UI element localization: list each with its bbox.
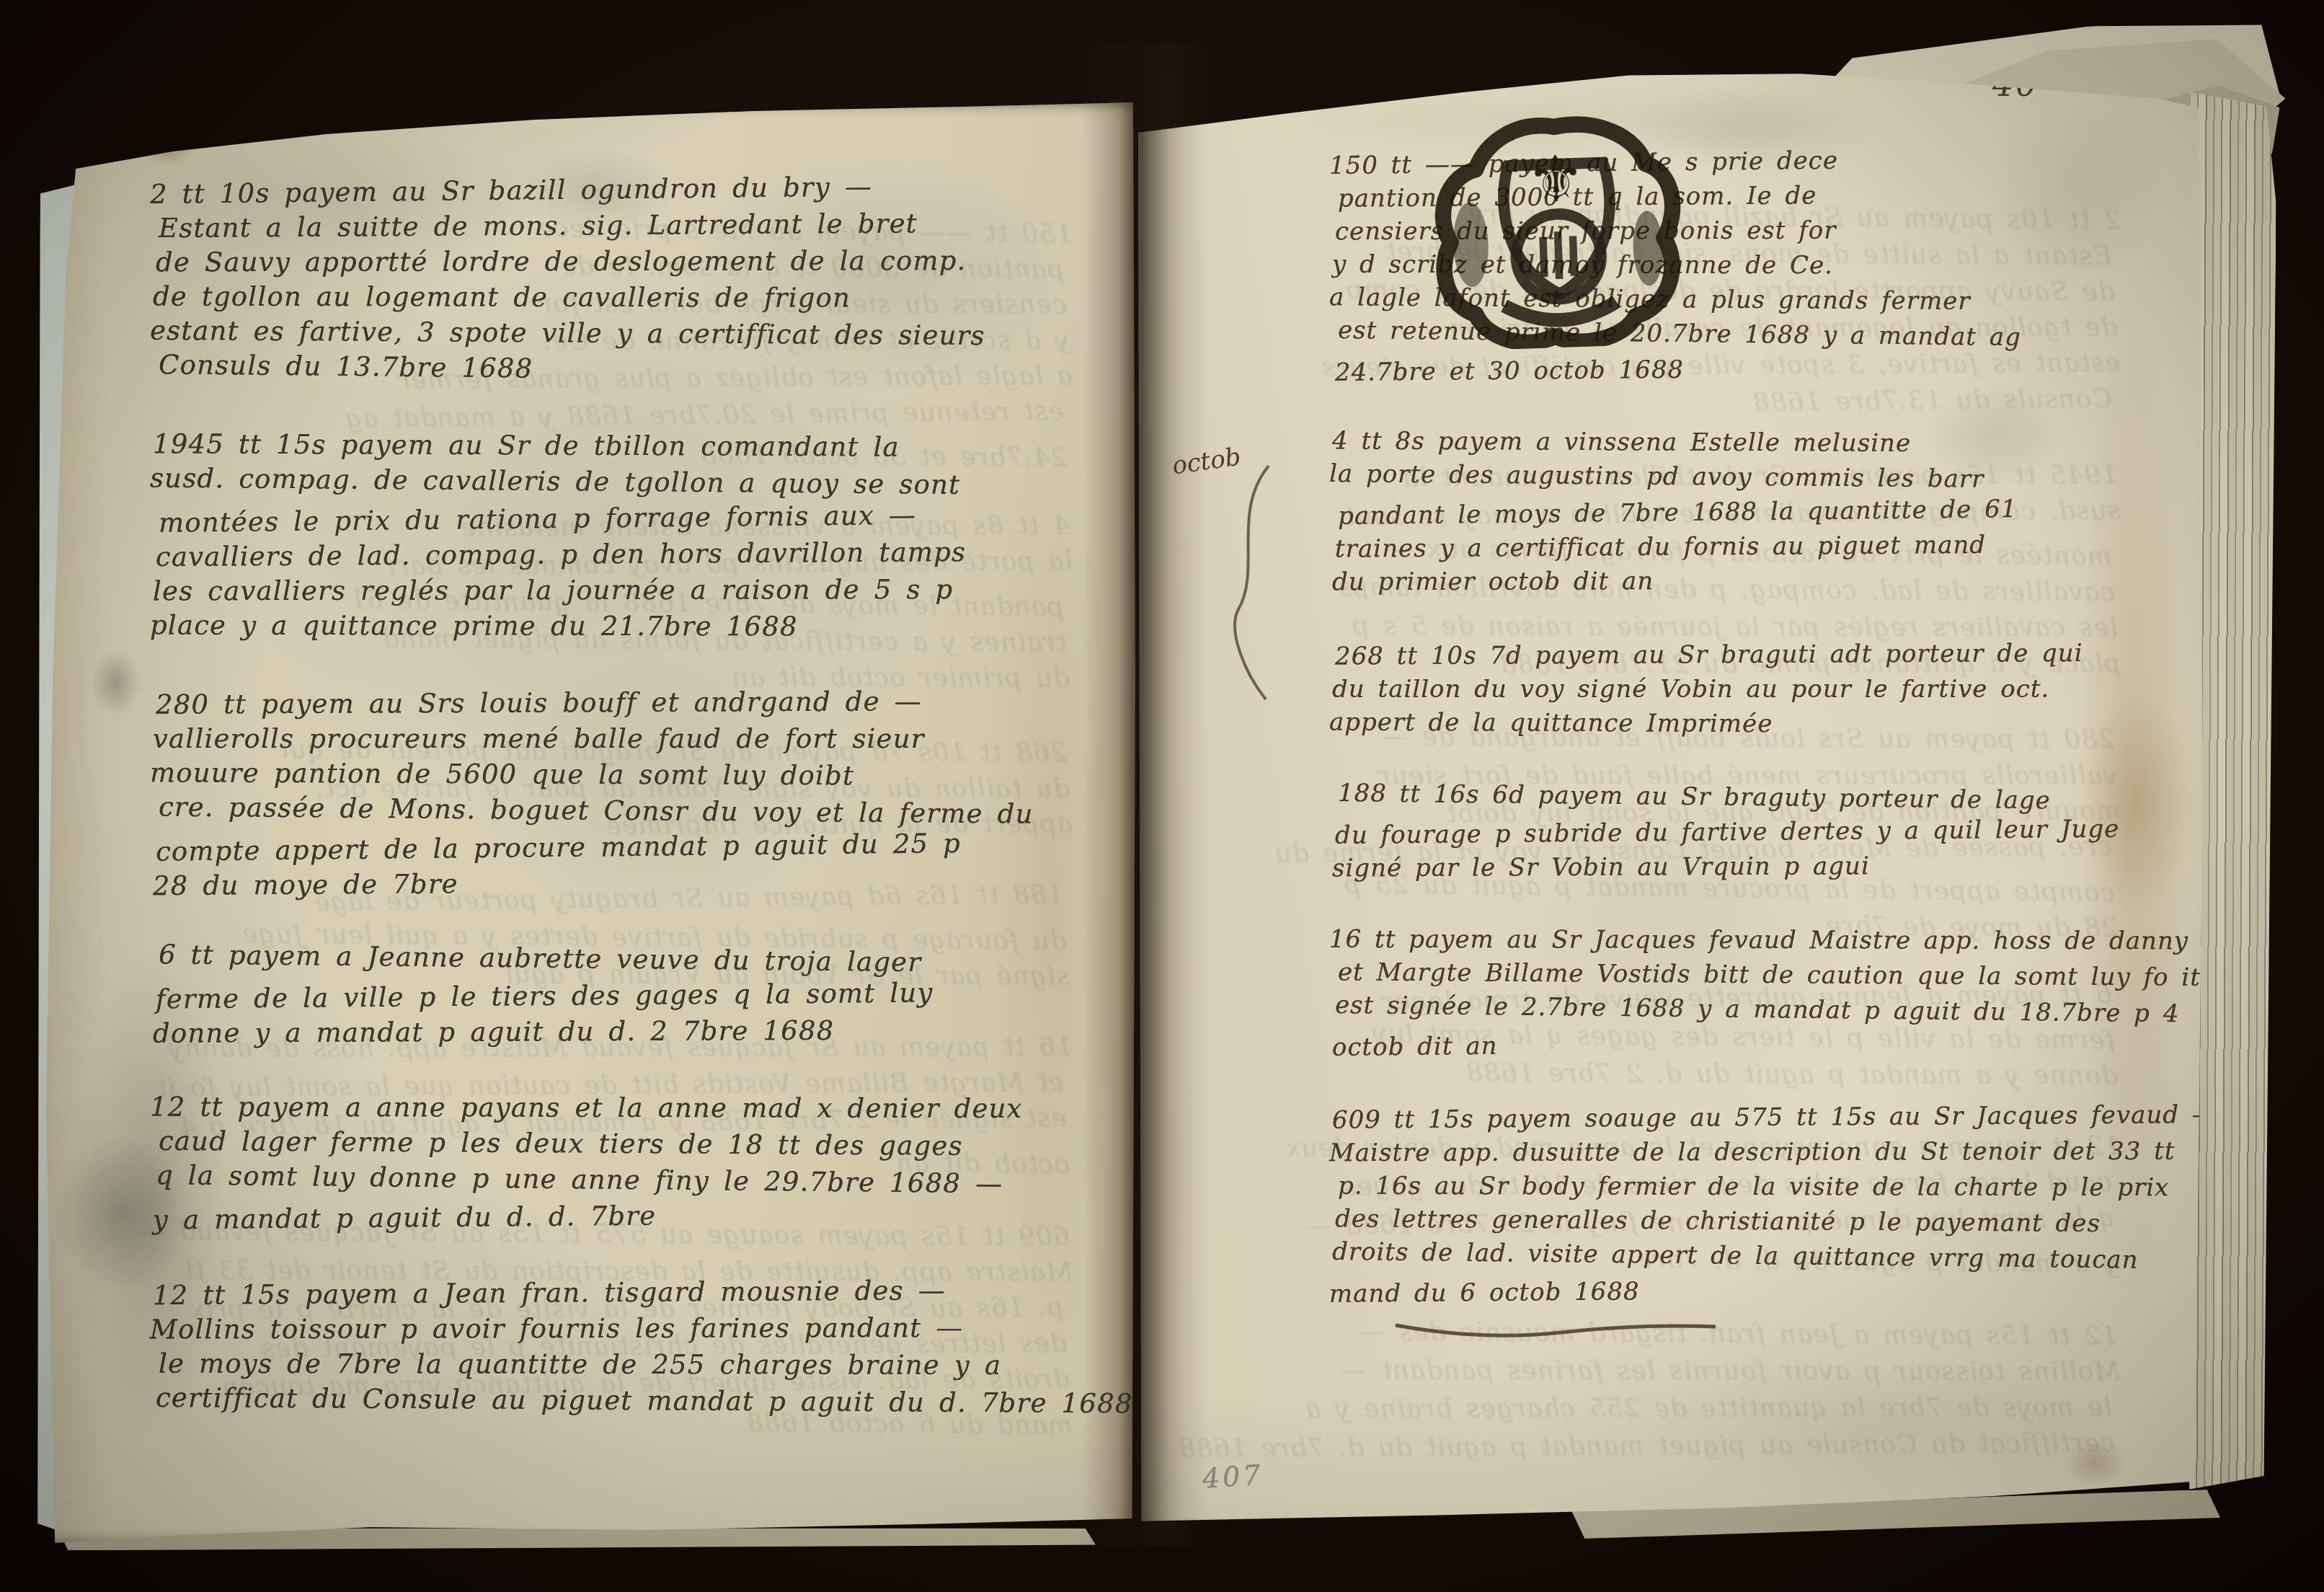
handwritten-line: certifficat du Consule au piguet mandat … bbox=[1195, 1425, 2115, 1468]
ledger-entry: 2 tt 10s payem au Sr bazill ogundron du … bbox=[150, 172, 1103, 388]
handwritten-line: vallierolls procureurs mené balle faud d… bbox=[153, 721, 1106, 757]
handwritten-line: le moys de 7bre la quantitte de 255 char… bbox=[159, 1346, 1112, 1384]
handwritten-line: Mollins toissour p avoir fournis les far… bbox=[1201, 1352, 2121, 1392]
handwritten-line: de tgollon au logemant de cavalleris de … bbox=[153, 279, 1106, 317]
handwritten-line: 16 tt payem au Sr Jacques fevaud Maistre… bbox=[1329, 922, 2170, 958]
left-page-text: 2 tt 10s payem au Sr bazill ogundron du … bbox=[150, 172, 1103, 1459]
stamp-monogram bbox=[1543, 231, 1574, 279]
handwritten-line: p. 16s au Sr body fermier de la visite d… bbox=[1338, 1169, 2178, 1205]
handwritten-line: donne y a mandat p aguit du d. 2 7bre 16… bbox=[153, 1012, 1106, 1052]
handwritten-line: 28 du moye de 7bre bbox=[153, 862, 1106, 904]
handwritten-line: du fourage p subride du fartive dertes y… bbox=[1335, 811, 2176, 853]
manuscript-photo: 150 tt —— payem au Me s prie decepantion… bbox=[0, 0, 2324, 1592]
ledger-entry: 609 tt 15s payem soauge au 575 tt 15s au… bbox=[1329, 1100, 2170, 1308]
handwritten-line: traines y a certifficat du fornis au pig… bbox=[1335, 526, 2176, 566]
handwritten-line: y a mandat p aguit du d. d. 7bre bbox=[153, 1194, 1106, 1238]
handwritten-line: signé par le Sr Vobin au Vrquin p agui bbox=[1332, 848, 2173, 886]
handwritten-line: certifficat du Consule au piguet mandat … bbox=[156, 1380, 1109, 1422]
handwritten-line: 24.7bre et 30 octob 1688 bbox=[1335, 348, 2176, 390]
folio-number: 40 bbox=[1992, 65, 2039, 104]
handwritten-line: les cavalliers reglés par la journée a r… bbox=[153, 572, 1106, 610]
handwritten-line: 268 tt 10s 7d payem au Sr braguti adt po… bbox=[1335, 636, 2176, 674]
pencil-foliation: 407 bbox=[1202, 1459, 1264, 1495]
handwritten-line: mouure pantion de 5600 que la somt luy d… bbox=[150, 755, 1103, 795]
ledger-entry: 280 tt payem au Srs louis bouff et andrg… bbox=[150, 685, 1103, 901]
ledger-entry: 6 tt payem a Jeanne aubrette veuve du tr… bbox=[150, 942, 1103, 1050]
ledger-entry: 12 tt 15s payem a Jean fran. tisgard mou… bbox=[150, 1275, 1103, 1419]
handwritten-line: de Sauvy apportté lordre de deslogement … bbox=[156, 243, 1109, 281]
handwritten-line: du taillon du voy signé Vobin au pour le… bbox=[1332, 672, 2173, 707]
handwritten-line: Maistre app. dusuitte de la description … bbox=[1329, 1134, 2170, 1170]
handwritten-line: 609 tt 15s payem soauge au 575 tt 15s au… bbox=[1332, 1097, 2173, 1137]
ledger-entry: 188 tt 16s 6d payem au Sr braguty porteu… bbox=[1329, 780, 2170, 884]
handwritten-line: Estant a la suitte de mons. sig. Lartred… bbox=[159, 205, 1112, 247]
underline-flourish bbox=[1390, 1312, 1721, 1341]
handwritten-line: Mollins toissour p avoir fournis les far… bbox=[150, 1310, 1103, 1348]
handwritten-line: le moys de 7bre la quantitte de 255 char… bbox=[1192, 1389, 2112, 1429]
left-page: 150 tt —— payem au Me s prie decepantion… bbox=[42, 102, 1137, 1544]
handwritten-line: appert de la quittance Imprimée bbox=[1329, 705, 2170, 743]
ledger-entry: 1945 tt 15s payem au Sr de tbillon coman… bbox=[150, 428, 1103, 645]
ledger-entry: 4 tt 8s payem a vinssena Estelle melusin… bbox=[1329, 425, 2170, 598]
ink-stamp: ⚜ bbox=[1428, 112, 1688, 352]
handwritten-line: 12 tt payem a anne payans et la anne mad… bbox=[150, 1089, 1103, 1128]
stamp-ink-blot-right bbox=[1632, 211, 1664, 286]
handwritten-line: cavalliers de lad. compag. p den hors da… bbox=[156, 534, 1109, 575]
handwritten-line: 4 tt 8s payem a vinssena Estelle melusin… bbox=[1332, 424, 2173, 462]
ledger-entry: 12 tt payem a anne payans et la anne mad… bbox=[150, 1090, 1103, 1234]
handwritten-line: 280 tt payem au Srs louis bouff et andrg… bbox=[156, 683, 1109, 723]
right-page: 2 tt 10s payem au Sr bazill ogundron du … bbox=[1136, 61, 2207, 1531]
handwritten-line: octob dit an bbox=[1332, 1023, 2173, 1065]
handwritten-line: du primier octob dit an bbox=[1332, 563, 2173, 599]
stamp-ink-blot-left bbox=[1452, 202, 1490, 288]
ledger-entry: 16 tt payem au Sr Jacques fevaud Maistre… bbox=[1329, 923, 2170, 1061]
fleur-de-lis-icon: ⚜ bbox=[1525, 141, 1586, 218]
handwritten-line: place y a quittance prime du 21.7bre 168… bbox=[150, 608, 1103, 646]
handwritten-line: mand du 6 octob 1688 bbox=[1329, 1270, 2170, 1312]
handwritten-line: 12 tt 15s payem a Jean fran. tisgard mou… bbox=[153, 1272, 1106, 1314]
ledger-entry: 268 tt 10s 7d payem au Sr braguti adt po… bbox=[1329, 637, 2170, 741]
handwritten-line: ferme de la ville p le tiers des gages q… bbox=[156, 973, 1109, 1017]
margin-flourish bbox=[1221, 461, 1279, 707]
handwritten-line: 1945 tt 15s payem au Sr de tbillon coman… bbox=[153, 426, 1106, 466]
stamp-banner bbox=[1504, 302, 1617, 322]
